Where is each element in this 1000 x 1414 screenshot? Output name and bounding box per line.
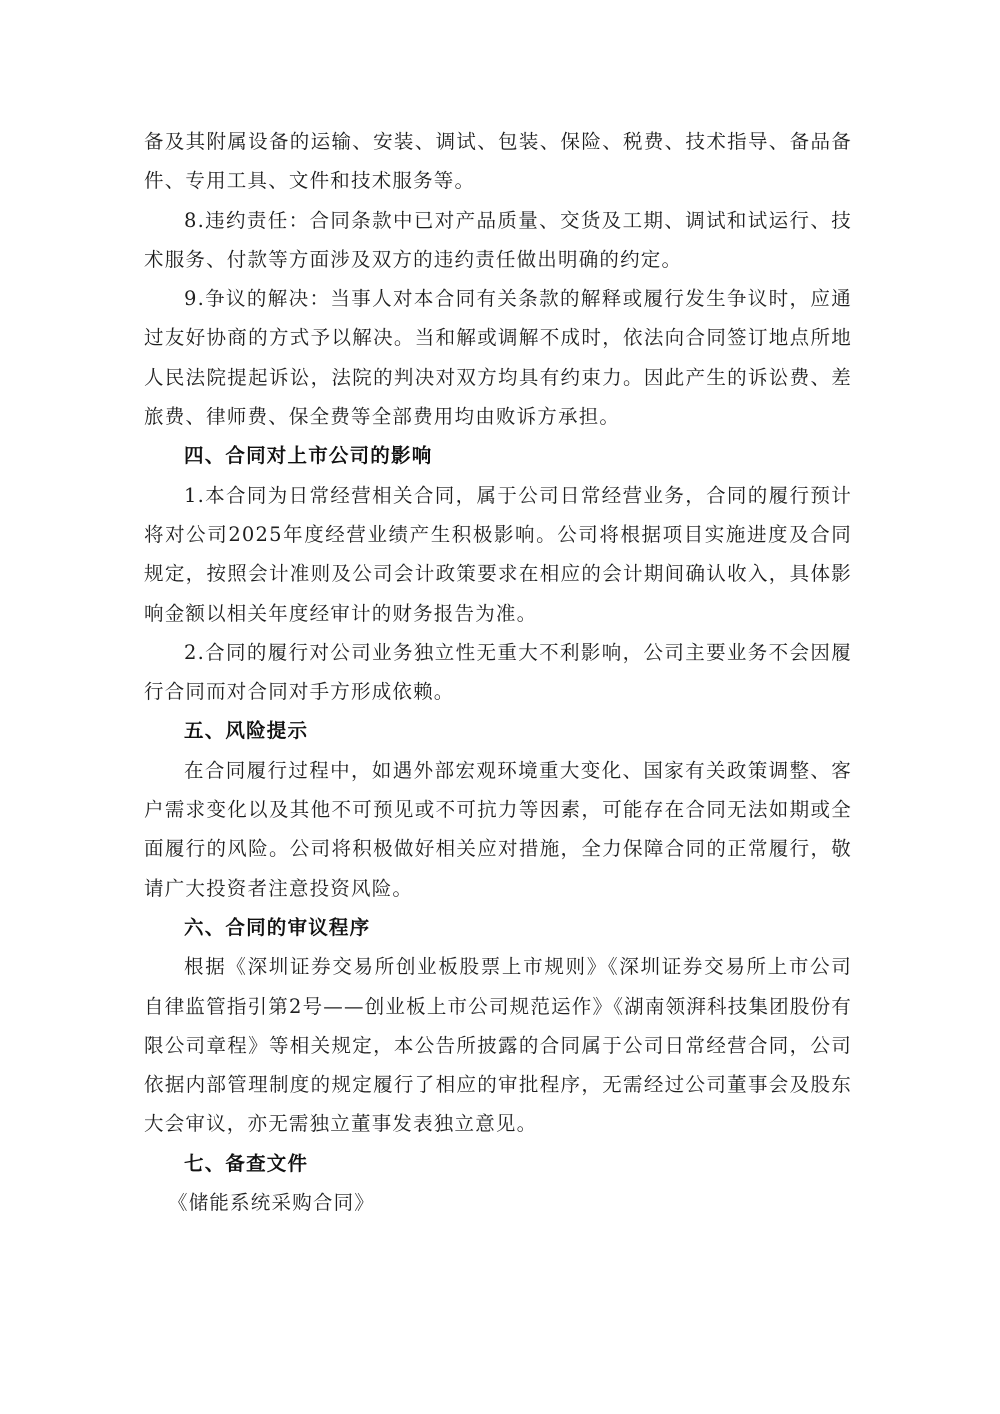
paragraph-review-procedure: 根据《深圳证券交易所创业板股票上市规则》《深圳证券交易所上市公司自律监管指引第2… (144, 947, 852, 1143)
section-heading-review-procedure: 六、合同的审议程序 (144, 908, 852, 947)
reference-document-item: 《储能系统采购合同》 (144, 1183, 852, 1222)
section-heading-impact: 四、合同对上市公司的影响 (144, 436, 852, 475)
paragraph-clause-8-breach-liability: 8.违约责任：合同条款中已对产品质量、交货及工期、调试和试运行、技术服务、付款等… (144, 201, 852, 280)
document-page: 备及其附属设备的运输、安装、调试、包装、保险、税费、技术指导、备品备件、专用工具… (144, 122, 852, 1222)
section-heading-risk: 五、风险提示 (144, 711, 852, 750)
paragraph-clause-7-continued: 备及其附属设备的运输、安装、调试、包装、保险、税费、技术指导、备品备件、专用工具… (144, 122, 852, 201)
paragraph-impact-2: 2.合同的履行对公司业务独立性无重大不利影响，公司主要业务不会因履行合同而对合同… (144, 633, 852, 712)
paragraph-clause-9-dispute-resolution: 9.争议的解决：当事人对本合同有关条款的解释或履行发生争议时，应通过友好协商的方… (144, 279, 852, 436)
paragraph-impact-1: 1.本合同为日常经营相关合同，属于公司日常经营业务，合同的履行预计将对公司202… (144, 476, 852, 633)
paragraph-risk: 在合同履行过程中，如遇外部宏观环境重大变化、国家有关政策调整、客户需求变化以及其… (144, 751, 852, 908)
section-heading-reference-documents: 七、备查文件 (144, 1144, 852, 1183)
